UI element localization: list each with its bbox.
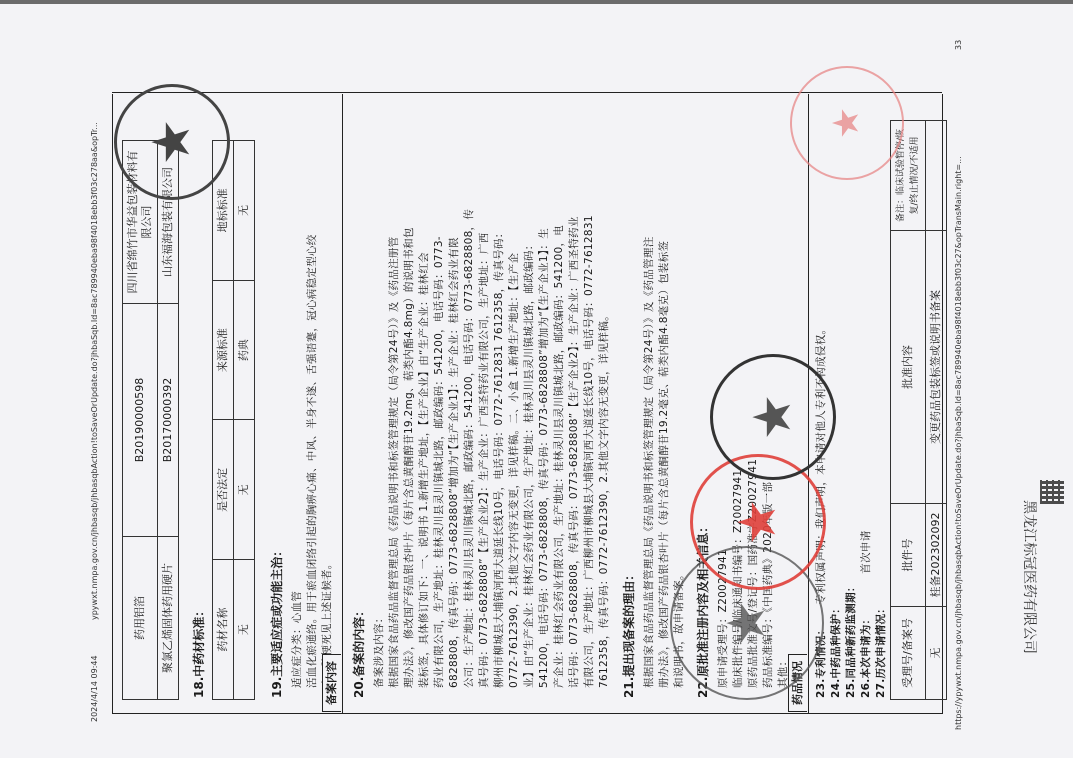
col-header: 批准内容 — [891, 231, 926, 504]
text-line: 话号码：0773-6828808，传真号码：0773-6828808”【生产企业… — [567, 108, 582, 688]
text-line: 根据国家食品药品监督管理总局《药品说明书和标签管理规定（局令第24号）》及《药品… — [642, 108, 657, 688]
text-line: 药品标准编号：《中国药典》2020年版一部 — [761, 108, 776, 688]
qr-code — [1040, 480, 1064, 504]
page-number: 33 — [952, 40, 966, 50]
text-line: 公司：生产地址：桂林灵川县灵川镇城北路，邮政编码：541200，电话号码：077… — [462, 108, 477, 688]
packaging-maker: 四川省绵竹市华益包装材料有限公司 — [123, 141, 158, 304]
section21-title: 21.提出现备案的理由： — [622, 569, 636, 698]
drug-item-patent: 23.专利情况：专利权属声明：我们声明，本申请对他人专利不构成侵权。 — [814, 108, 829, 698]
drug-item-history: 27.历次申请情况： — [874, 108, 889, 698]
text-line: 痛、脑梗死见上述证候者。 — [320, 108, 335, 688]
packaging-name: 聚氯乙烯固体药用硬片 — [158, 537, 179, 700]
text-line: 541200，电话号码：0773-6828808，传真号码：0773-68288… — [537, 108, 552, 688]
divider — [808, 94, 809, 714]
text-line: 装标签，具体修订如下：一、说明书 1.新增生产地址，【生产企业】由“生产企业：桂… — [417, 108, 432, 688]
text-line: 理办法》，修改国产药品银杏叶片（每片含总黄酮醇苷19.2mg、萜类内酯4.8mg… — [402, 108, 417, 688]
frame-top-border — [112, 94, 113, 714]
section18-title: 18.中药材标准： — [192, 605, 206, 698]
text-line: 其他： — [776, 108, 791, 688]
text-line: 原申请受理号：Z20027941 — [716, 108, 731, 688]
filing-content-tag: 备案内容 — [322, 654, 341, 712]
table-row: 药用铝箔 B20190000598 四川省绵竹市华益包装材料有限公司 — [123, 141, 158, 700]
table-row: 受理号/备案号 批件号 批准内容 备注：临床试验暂停/恢复/终止情况/不适用 — [891, 121, 926, 700]
scanned-document: 2024/4/14 09:44 ypywxt.nmpa.gov.cn/jhbas… — [0, 0, 1073, 758]
packaging-reg-no: B20190000598 — [123, 304, 158, 537]
section19-body: 适应症分类：心血管 活血化瘀通络。用于瘀血闭络引起的胸痹心痛、中风、半身不遂、舌… — [290, 108, 335, 688]
text-line: 柳州市柳城县大埔镇河西大道延长线10号，电话号码：0772-7612831 76… — [492, 108, 507, 688]
section21-body: 根据国家食品药品监督管理总局《药品说明书和标签管理规定（局令第24号）》及《药品… — [642, 108, 687, 688]
col-header: 来源标准 — [213, 280, 234, 420]
section19-title: 19.主要适应症或功能主治： — [270, 545, 284, 698]
cell: 无 — [234, 560, 255, 700]
cell: 无 — [234, 141, 255, 281]
text-line: 册办法》，修改国产药品银杏叶片（每片含总黄酮醇苷19.2毫克、萜类内酯4.8毫克… — [657, 108, 672, 688]
text-line: 0772-7612390，2.其他文字内容无变更，详见样稿。二、小盒 1.新增生… — [507, 108, 522, 688]
rotated-page: 2024/4/14 09:44 ypywxt.nmpa.gov.cn/jhbas… — [70, 20, 970, 740]
text-line: 适应症分类：心血管 — [290, 108, 305, 688]
col-header: 是否法定 — [213, 420, 234, 560]
print-timestamp: 2024/4/14 09:44 — [88, 655, 102, 722]
section22-title: 22.原批准注册内容及相关信息： — [696, 521, 710, 698]
text-line: 临床批件编号/临床通知书编号：Z20027941 — [731, 108, 746, 688]
footer-url: https://ypywxt.nmpa.gov.cn/jhbasqb/jhbas… — [952, 156, 966, 730]
text-line: 6828808，传真号码：0773-6828808”增加为“【生产企业1】：生产… — [447, 108, 462, 688]
text-line: 根据国家食品药品监督管理总局《药品说明书和标签管理规定（局令第24号）》及《药品… — [387, 108, 402, 688]
print-url: ypywxt.nmpa.gov.cn/jhbasqb/jhbasqbAction… — [88, 122, 102, 620]
text-line: 7612358，传真号码：0772-7612390，2.其他文字内容无变更，详见… — [597, 108, 612, 688]
drug-item-protection: 24.中药品种保护： — [829, 108, 844, 698]
text-line: 有限公司，生产地址：广西柳州市柳城县大埔镇河西大道延长线10号，电话号码：077… — [582, 108, 597, 688]
history-table: 受理号/备案号 批件号 批准内容 备注：临床试验暂停/恢复/终止情况/不适用 无… — [890, 120, 947, 700]
col-header: 批件号 — [891, 504, 926, 607]
watermark-text: 黑龙江标冠医药有限公司 — [1020, 500, 1040, 654]
col-header: 地标标准 — [213, 141, 234, 281]
drug-item-monitoring: 25.同品种新药监测期： — [844, 108, 859, 698]
cell: 无 — [926, 607, 947, 700]
text-line: 备案涉及内容： — [372, 108, 387, 688]
drug-item-application-type: 26.本次申请为：首次申请 — [859, 108, 874, 698]
section20-body: 备案涉及内容： 根据国家食品药品监督管理总局《药品说明书和标签管理规定（局令第2… — [372, 108, 612, 688]
packaging-maker: 山东福海包装有限公司 — [158, 141, 179, 304]
text-line: 业】由“生产企业：桂林红会药业有限公司，生产地址：桂林灵川县灵川镇城北路，邮政编… — [522, 108, 537, 688]
drug-info-tag: 药品情况 — [788, 654, 807, 712]
packaging-table: 药用铝箔 B20190000598 四川省绵竹市华益包装材料有限公司 聚氯乙烯固… — [122, 140, 179, 700]
table-row: 无 桂备202302092 变更药品包装标签或说明书备案 — [926, 121, 947, 700]
section20-title: 20.备案的内容： — [352, 605, 366, 698]
herb-standard-table: 药材名称 是否法定 来源标准 地标标准 无 无 药典 无 — [212, 140, 255, 700]
cell: 变更药品包装标签或说明书备案 — [926, 231, 947, 504]
table-row: 无 无 药典 无 — [234, 141, 255, 700]
text-line: 产企业：桂林红会药业有限公司，生产地址：桂林灵川县灵川镇城北路，邮政编码：541… — [552, 108, 567, 688]
cell: 药典 — [234, 280, 255, 420]
drug-items: 23.专利情况：专利权属声明：我们声明，本申请对他人专利不构成侵权。 24.中药… — [814, 108, 889, 698]
col-header: 受理号/备案号 — [891, 607, 926, 700]
divider — [342, 94, 343, 714]
col-header: 药材名称 — [213, 560, 234, 700]
cell — [926, 121, 947, 231]
cell: 桂备202302092 — [926, 504, 947, 607]
text-line: 原药品批准文号/登记号：国药准字Z20027941 — [746, 108, 761, 688]
section22-body: 原申请受理号：Z20027941 临床批件编号/临床通知书编号：Z2002794… — [716, 108, 791, 688]
table-row: 药材名称 是否法定 来源标准 地标标准 — [213, 141, 234, 700]
packaging-name: 药用铝箔 — [123, 537, 158, 700]
text-line: 活血化瘀通络。用于瘀血闭络引起的胸痹心痛、中风、半身不遂、舌强语蹇，冠心病稳定型… — [305, 108, 320, 688]
text-line: 药业有限公司，生产地址：桂林灵川县灵川镇城北路，邮政编码：541200，电话号码… — [432, 108, 447, 688]
text-line: 和说明书，故申请备案。 — [672, 108, 687, 688]
text-line: 真号码：0773-6828808”【生产企业2】：生产企业：广西圣特药业有限公司… — [477, 108, 492, 688]
table-row: 聚氯乙烯固体药用硬片 B20170000392 山东福海包装有限公司 — [158, 141, 179, 700]
cell: 无 — [234, 420, 255, 560]
packaging-reg-no: B20170000392 — [158, 304, 179, 537]
col-header: 备注：临床试验暂停/恢复/终止情况/不适用 — [891, 121, 926, 231]
